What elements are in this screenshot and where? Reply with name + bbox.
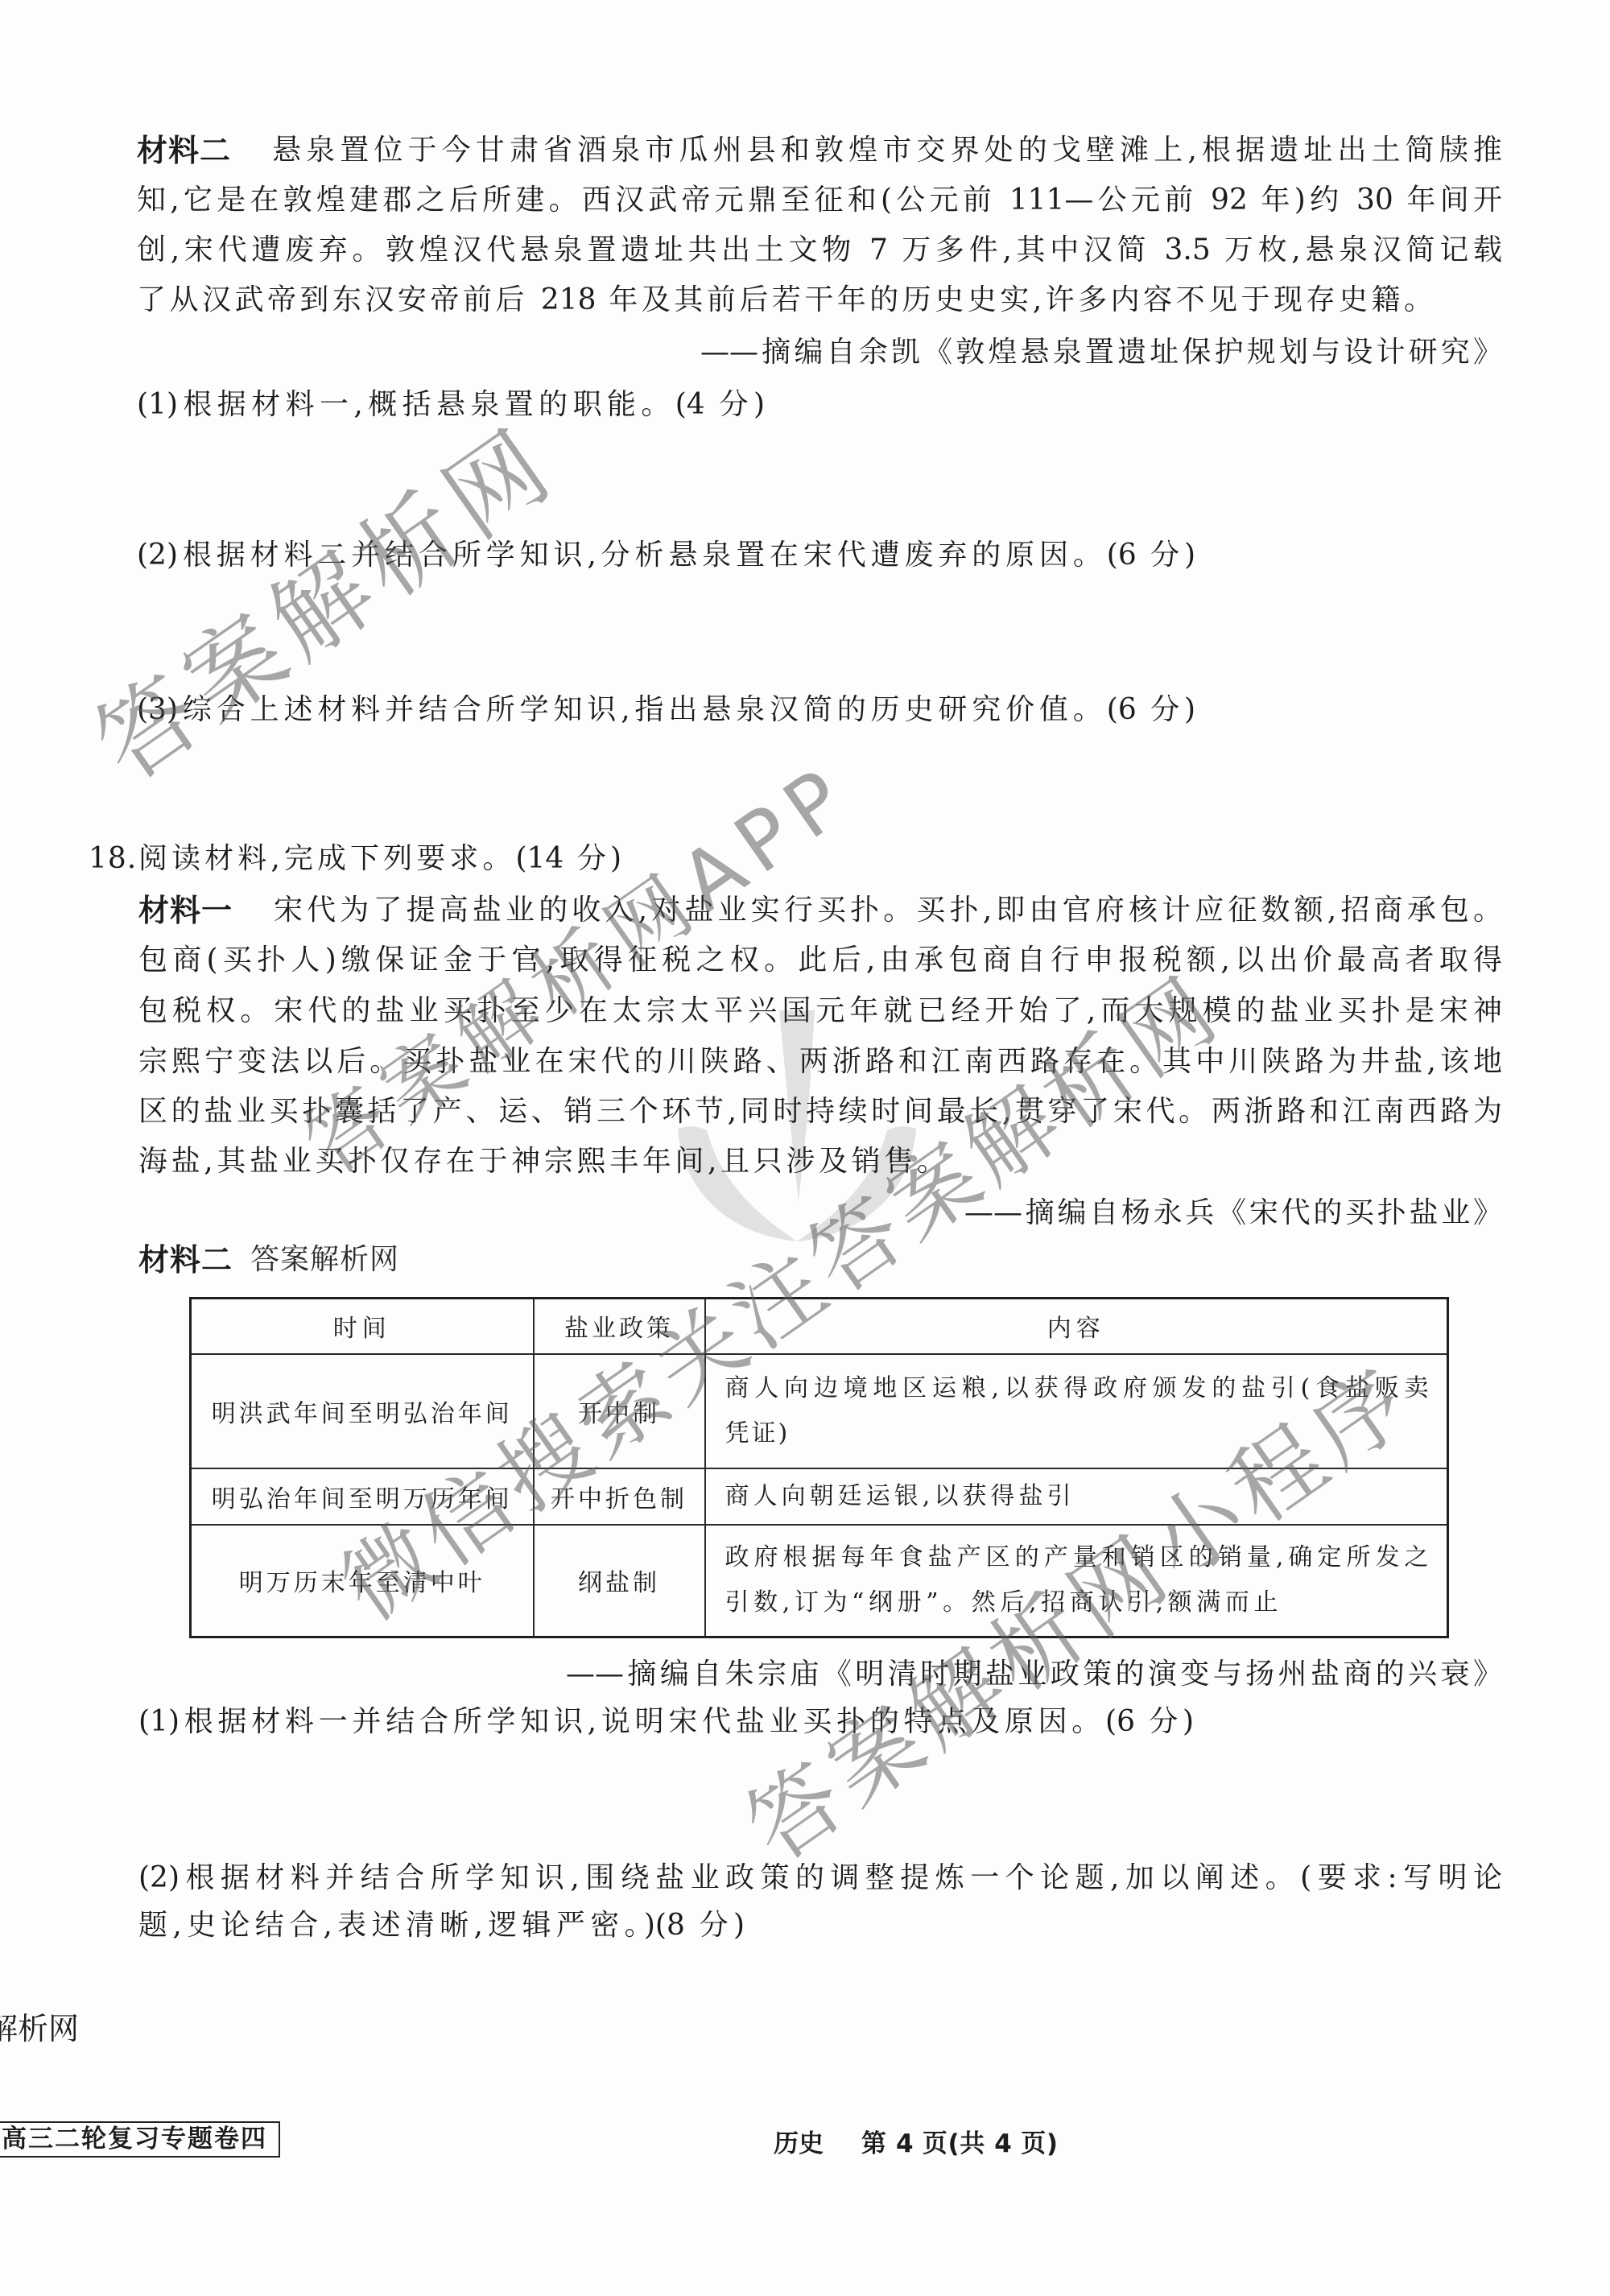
material-line: 宋代为了提高盐业的收入,对盐业实行买扑。买扑,即由官府核计应征数额,招商承包。	[274, 893, 1502, 928]
footer-subject: 历史	[774, 2126, 824, 2162]
table-row: 明洪武年间至明弘治年间 开中制 商人向边境地区运粮,以获得政府颁发的盐引(食盐贩…	[191, 1354, 1448, 1468]
content-line: 商人向朝廷运银,以获得盐引	[725, 1474, 1071, 1519]
table-header: 盐业政策	[534, 1299, 705, 1354]
question-number: 18.	[89, 841, 137, 877]
citation: ——摘编自杨永兵《宋代的买扑盐业》	[964, 1195, 1502, 1231]
table-row: 明弘治年间至明万历年间 开中折色制 商人向朝廷运银,以获得盐引	[191, 1468, 1448, 1525]
material-line: 包税权。宋代的盐业买扑至少在太宗太平兴国元年就已经开始了,而大规模的盐业买扑是宋…	[138, 993, 1502, 1029]
table-cell-content: 商人向朝廷运银,以获得盐引	[705, 1468, 1448, 1525]
material-label: 材料二	[138, 1242, 233, 1278]
material-line: 宗熙宁变法以后。买扑盐业在宋代的川陕路、两浙路和江南西路存在。其中川陕路为井盐,…	[138, 1044, 1502, 1080]
table-cell-policy: 开中制	[534, 1354, 705, 1468]
table-header-row: 时间 盐业政策 内容	[191, 1299, 1448, 1354]
table-cell-content: 商人向边境地区运粮,以获得政府颁发的盐引(食盐贩卖 凭证)	[705, 1354, 1448, 1468]
salt-policy-table: 时间 盐业政策 内容 明洪武年间至明弘治年间 开中制 商人向边境地区运粮,以获得…	[189, 1297, 1449, 1638]
material-line: 知,它是在敦煌建郡之后所建。西汉武帝元鼎至征和(公元前 111—公元前 92 年…	[137, 183, 1502, 218]
content-line: 政府根据每年食盐产区的产量和销区的销量,确定所发之	[725, 1535, 1429, 1580]
question-18-1: (1)根据材料一并结合所学知识,说明宋代盐业买扑的特点及原因。(6 分)	[138, 1704, 1194, 1740]
table-row: 明万历末年至清中叶 纲盐制 政府根据每年食盐产区的产量和销区的销量,确定所发之 …	[191, 1525, 1448, 1637]
margin-text: 解析网	[0, 2011, 79, 2046]
material-line: 区的盐业买扑囊括了产、运、销三个环节,同时持续时间最长,贯穿了宋代。两浙路和江南…	[138, 1094, 1502, 1129]
question-17-3: (3)综合上述材料并结合所学知识,指出悬泉汉简的历史研究价值。(6 分)	[137, 692, 1195, 728]
material-label: 材料一	[138, 893, 233, 928]
table-header: 时间	[191, 1299, 534, 1354]
citation: ——摘编自余凯《敦煌悬泉置遗址保护规划与设计研究》	[700, 335, 1502, 370]
footer-page-info: 第 4 页(共 4 页)	[861, 2126, 1058, 2162]
table-cell-content: 政府根据每年食盐产区的产量和销区的销量,确定所发之 引数,订为“纲册”。然后,招…	[705, 1525, 1448, 1637]
footer-series-label: 高三二轮复习专题卷四	[0, 2121, 280, 2158]
material-line: 了从汉武帝到东汉安帝前后 218 年及其前后若干年的历史史实,许多内容不见于现存…	[137, 283, 1433, 318]
material-label-note: 答案解析网	[250, 1242, 399, 1278]
table-cell-policy: 开中折色制	[534, 1468, 705, 1525]
citation: ——摘编自朱宗庙《明清时期盐业政策的演变与扬州盐商的兴衰》	[566, 1657, 1502, 1692]
content-line: 引数,订为“纲册”。然后,招商认引,额满而止	[725, 1580, 1278, 1625]
material-line: 海盐,其盐业买扑仅存在于神宗熙丰年间,且只涉及销售。	[138, 1144, 946, 1179]
question-17-2: (2)根据材料二并结合所学知识,分析悬泉置在宋代遭废弃的原因。(6 分)	[137, 538, 1195, 573]
question-18-2: (2)根据材料并结合所学知识,围绕盐业政策的调整提炼一个论题,加以阐述。(要求:…	[138, 1860, 1502, 1896]
table-cell-policy: 纲盐制	[534, 1525, 705, 1637]
table-cell-time: 明洪武年间至明弘治年间	[191, 1354, 534, 1468]
question-prompt: 阅读材料,完成下列要求。(14 分)	[138, 841, 621, 877]
content-line: 商人向边境地区运粮,以获得政府颁发的盐引(食盐贩卖	[725, 1366, 1429, 1411]
watermark-text: 答案解析网	[81, 413, 572, 797]
material-line: 创,宋代遭废弃。敦煌汉代悬泉置遗址共出土文物 7 万多件,其中汉简 3.5 万枚…	[137, 233, 1502, 268]
table-header: 内容	[705, 1299, 1448, 1354]
material-line: 悬泉置位于今甘肃省酒泉市瓜州县和敦煌市交界处的戈壁滩上,根据遗址出土简牍推	[272, 133, 1502, 168]
table-cell-time: 明万历末年至清中叶	[191, 1525, 534, 1637]
material-label: 材料二	[137, 133, 231, 168]
question-18-2-cont: 题,史论结合,表述清晰,逻辑严密。)(8 分)	[138, 1908, 745, 1943]
table-cell-time: 明弘治年间至明万历年间	[191, 1468, 534, 1525]
question-17-1: (1)根据材料一,概括悬泉置的职能。(4 分)	[137, 387, 765, 423]
content-line: 凭证)	[706, 1411, 1447, 1456]
material-line: 包商(买扑人)缴保证金于官,取得征税之权。此后,由承包商自行申报税额,以出价最高…	[138, 943, 1502, 978]
